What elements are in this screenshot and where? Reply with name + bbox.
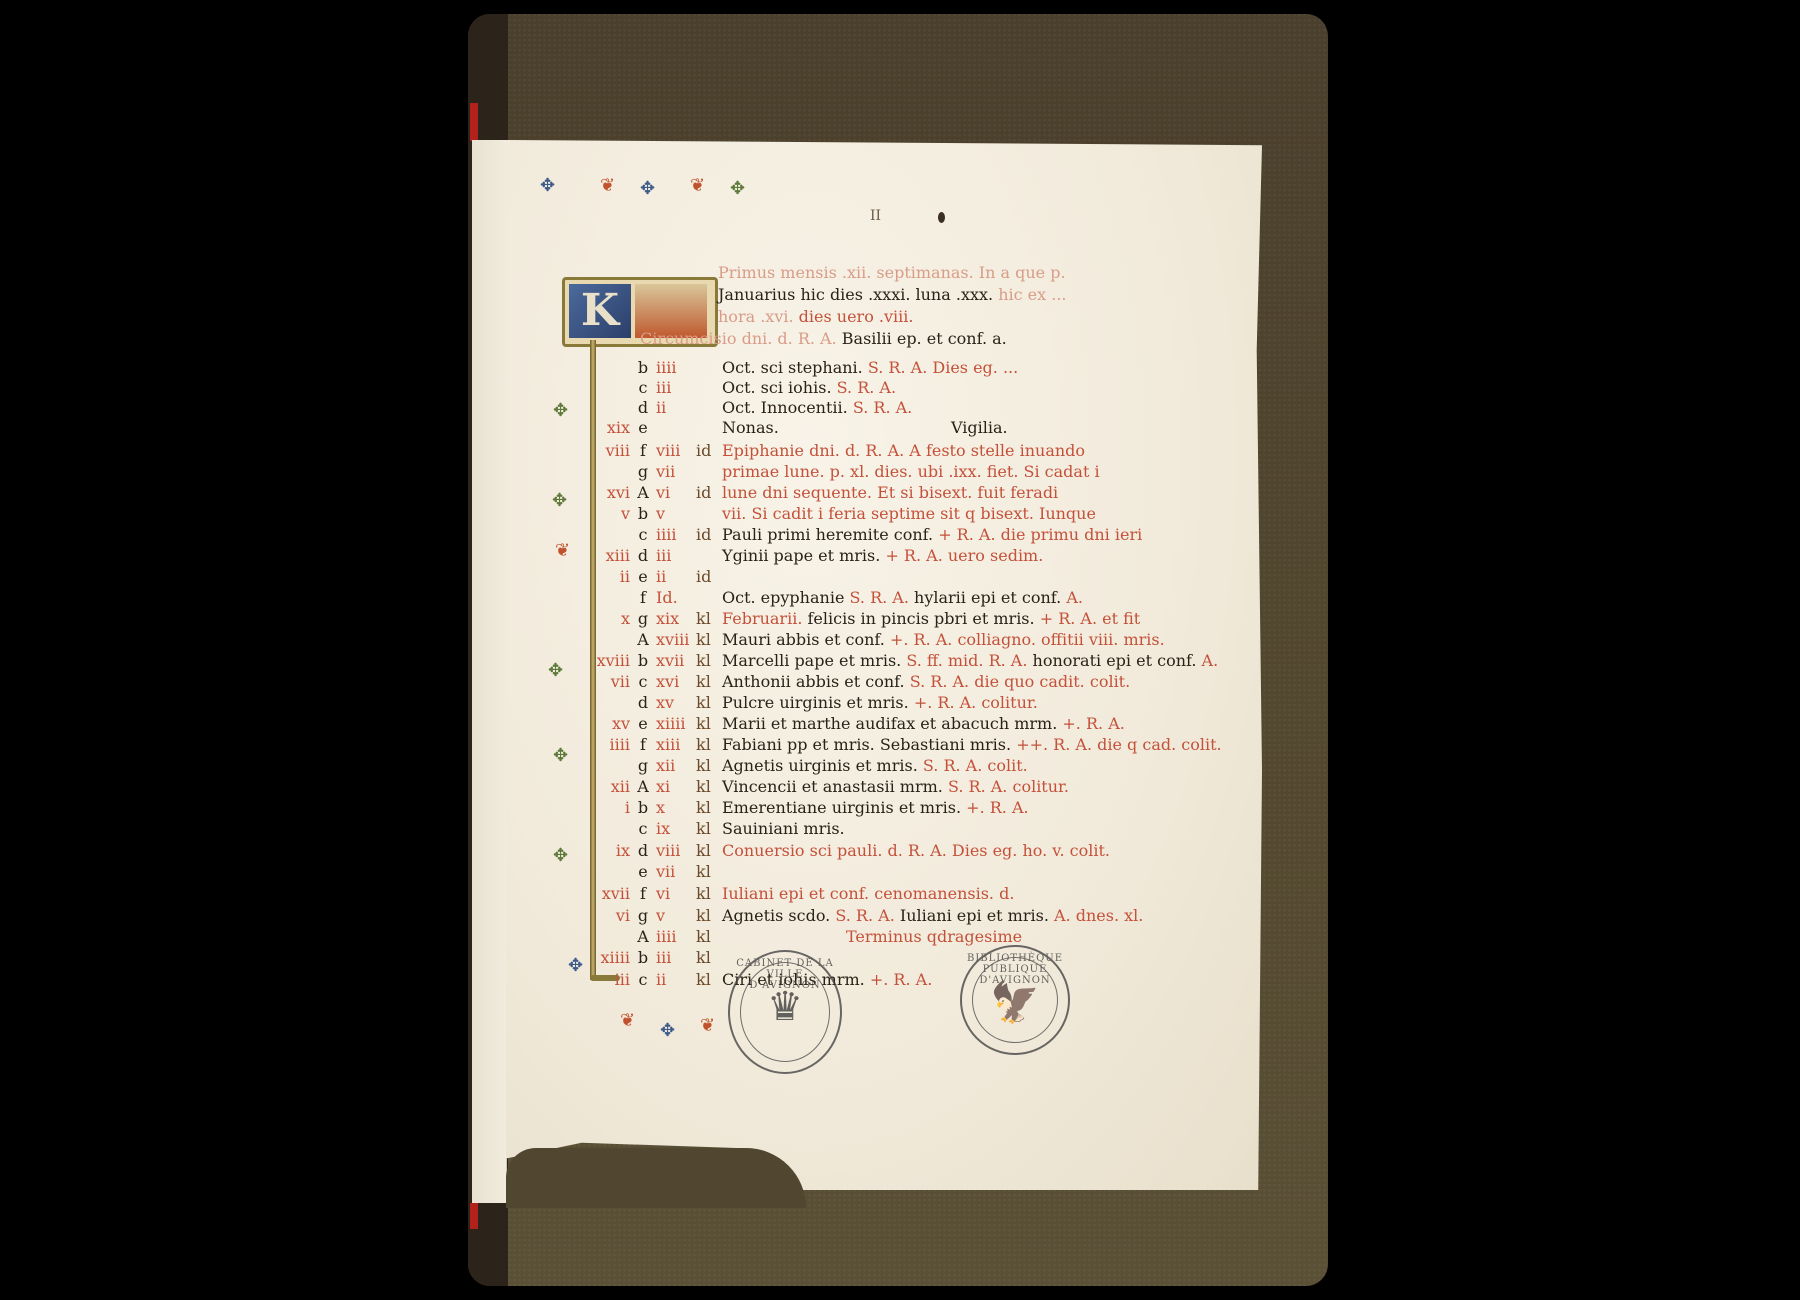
golden-number: xiiii	[596, 947, 630, 969]
day-count: xv	[656, 692, 690, 714]
dominical-letter: g	[636, 608, 650, 630]
dominical-letter: f	[636, 883, 650, 905]
feast-entry: Agnetis uirginis et mris. S. R. A. colit…	[722, 755, 1028, 777]
day-count: vi	[656, 482, 690, 504]
dominical-letter: c	[636, 818, 650, 840]
calendar-row: Aiiiikl Terminus qdragesime	[596, 926, 1236, 948]
kalends-mark: kl	[696, 861, 718, 883]
calendar-row: viicxvikl Anthonii abbis et conf. S. R. …	[596, 671, 1236, 693]
kalends-mark: kl	[696, 608, 718, 630]
kalends-mark: kl	[696, 840, 718, 862]
vine-leaf-icon: ✥	[553, 845, 568, 866]
calendar-row: biiii Oct. sci stephani. S. R. A. Dies e…	[596, 357, 1236, 379]
dominical-letter: c	[636, 969, 650, 991]
feast-entry: Mauri abbis et conf. +. R. A. colliagno.…	[722, 629, 1165, 651]
golden-number: i	[596, 797, 630, 819]
header-line-2: hora .xvi. dies uero .viii.	[718, 306, 913, 328]
feast-entry: Emerentiane uirginis et mris. +. R. A.	[722, 797, 1029, 819]
day-count: ix	[656, 818, 690, 840]
kalends-mark: kl	[696, 755, 718, 777]
calendar-row: vbv vii. Si cadit i feria septime sit q …	[596, 503, 1236, 525]
dominical-letter: e	[636, 566, 650, 588]
dominical-letter: b	[636, 503, 650, 525]
calendar-row: dii Oct. Innocentii. S. R. A.	[596, 397, 1236, 419]
vine-leaf-icon: ✥	[730, 178, 745, 199]
feast-entry: Oct. epyphanie S. R. A. hylarii epi et c…	[722, 587, 1083, 609]
dominical-letter: b	[636, 797, 650, 819]
golden-number: xv	[596, 713, 630, 735]
feast-entry: Anthonii abbis et conf. S. R. A. die quo…	[722, 671, 1130, 693]
feast-entry: Conuersio sci pauli. d. R. A. Dies eg. h…	[722, 840, 1110, 862]
dominical-letter: b	[636, 650, 650, 672]
feast-entry: Marcelli pape et mris. S. ff. mid. R. A.…	[722, 650, 1218, 672]
kalends-mark: kl	[696, 776, 718, 798]
calendar-row: xviifvikl Iuliani epi et conf. cenomanen…	[596, 883, 1236, 905]
day-count: x	[656, 797, 690, 819]
calendar-row: fId. Oct. epyphanie S. R. A. hylarii epi…	[596, 587, 1236, 609]
golden-number: ii	[596, 566, 630, 588]
day-count: xvi	[656, 671, 690, 693]
day-count: viii	[656, 840, 690, 862]
golden-number: iiii	[596, 734, 630, 756]
dominical-letter: c	[636, 377, 650, 399]
golden-number: xvii	[596, 883, 630, 905]
golden-number: viii	[596, 440, 630, 462]
eagle-icon: 🦅	[962, 979, 1068, 1026]
feast-entry: Pulcre uirginis et mris. +. R. A. colitu…	[722, 692, 1038, 714]
day-count: vi	[656, 883, 690, 905]
day-count: xii	[656, 755, 690, 777]
day-count: xi	[656, 776, 690, 798]
kalends-mark: kl	[696, 969, 718, 991]
day-count: Id.	[656, 587, 690, 609]
dominical-letter: g	[636, 461, 650, 483]
dominical-letter: c	[636, 524, 650, 546]
dominical-letter: d	[636, 840, 650, 862]
feast-entry: Februarii. felicis in pincis pbri et mri…	[722, 608, 1140, 630]
red-binding-tab-bottom	[470, 1203, 478, 1229]
vine-leaf-icon: ✥	[640, 178, 655, 199]
dominical-letter: g	[636, 905, 650, 927]
calendar-row: ixdviiikl Conuersio sci pauli. d. R. A. …	[596, 840, 1236, 862]
day-count: ii	[656, 566, 690, 588]
dominical-letter: d	[636, 397, 650, 419]
vine-leaf-icon: ✥	[553, 400, 568, 421]
calendar-row: viiifviiiid Epiphanie dni. d. R. A. A fe…	[596, 440, 1236, 462]
feast-entry: Nonas.	[722, 417, 779, 439]
golden-number: xix	[596, 417, 630, 439]
day-count: ii	[656, 397, 690, 419]
page-damage	[506, 1148, 806, 1208]
day-count: iii	[656, 377, 690, 399]
day-count: xix	[656, 608, 690, 630]
vine-leaf-icon: ✥	[548, 660, 563, 681]
dominical-letter: e	[636, 417, 650, 439]
calendar-row: xvexiiiikl Marii et marthe audifax et ab…	[596, 713, 1236, 735]
day-count: v	[656, 503, 690, 525]
feast-entry: vii. Si cadit i feria septime sit q bise…	[722, 503, 1096, 525]
dominical-letter: d	[636, 692, 650, 714]
day-count: viii	[656, 440, 690, 462]
kalends-mark: kl	[696, 883, 718, 905]
kalends-mark: kl	[696, 650, 718, 672]
kalends-mark: kl	[696, 734, 718, 756]
dominical-letter: A	[636, 776, 650, 798]
calendar-row: xiiidiii Yginii pape et mris. + R. A. ue…	[596, 545, 1236, 567]
feast-entry: Oct. Innocentii. S. R. A.	[722, 397, 912, 419]
library-stamp-cabinet: CABINET DE LA VILLE D'AVIGNON ♛	[728, 950, 842, 1074]
header-line-0: Primus mensis .xii. septimanas. In a que…	[718, 262, 1066, 284]
terminus-label: Terminus qdragesime	[846, 926, 1022, 948]
dominical-letter: A	[636, 482, 650, 504]
day-count: ii	[656, 969, 690, 991]
feast-entry: lune dni sequente. Et si bisext. fuit fe…	[722, 482, 1058, 504]
vigil-label: Vigilia.	[951, 417, 1008, 439]
golden-number: xiii	[596, 545, 630, 567]
book-gutter	[472, 140, 507, 1203]
library-stamp-bibliotheque: BIBLIOTHÈQUE PUBLIQUE D'AVIGNON 🦅	[960, 945, 1070, 1055]
feast-entry: Oct. sci stephani. S. R. A. Dies eg. ...	[722, 357, 1018, 379]
kalends-mark: kl	[696, 947, 718, 969]
kalends-mark: id	[696, 482, 718, 504]
initial-letter-k: K	[569, 284, 631, 338]
feast-entry: Vincencii et anastasii mrm. S. R. A. col…	[722, 776, 1069, 798]
day-count: v	[656, 905, 690, 927]
header-line-3: Circumcisio dni. d. R. A. Basilii ep. et…	[640, 328, 1007, 350]
kalends-mark: kl	[696, 905, 718, 927]
calendar-row: gxiikl Agnetis uirginis et mris. S. R. A…	[596, 755, 1236, 777]
dominical-letter: f	[636, 734, 650, 756]
vine-leaf-icon: ✥	[568, 955, 583, 976]
golden-number: xii	[596, 776, 630, 798]
calendar-row: gvii primae lune. p. xl. dies. ubi .ixx.…	[596, 461, 1236, 483]
calendar-row: iieiiid	[596, 566, 1236, 588]
dominical-letter: c	[636, 671, 650, 693]
folio-number: II	[870, 208, 881, 224]
vine-leaf-icon: ✥	[552, 490, 567, 511]
calendar-row: cixkl Sauiniani mris.	[596, 818, 1236, 840]
calendar-row: xviAviid lune dni sequente. Et si bisext…	[596, 482, 1236, 504]
vine-leaf-icon: ❦	[700, 1015, 715, 1036]
kalends-mark: kl	[696, 926, 718, 948]
kalends-mark: id	[696, 524, 718, 546]
calendar-row: eviikl	[596, 861, 1236, 883]
calendar-row: Axviiikl Mauri abbis et conf. +. R. A. c…	[596, 629, 1236, 651]
calendar-row: xgxixklFebruarii. felicis in pincis pbri…	[596, 608, 1236, 630]
dominical-letter: e	[636, 713, 650, 735]
golden-number: v	[596, 503, 630, 525]
day-count: vii	[656, 461, 690, 483]
vine-leaf-icon: ❦	[620, 1010, 635, 1031]
golden-number: xviii	[596, 650, 630, 672]
calendar-row: xixe Nonas. Vigilia.	[596, 417, 1236, 439]
feast-entry: Epiphanie dni. d. R. A. A festo stelle i…	[722, 440, 1085, 462]
dominical-letter: d	[636, 545, 650, 567]
vine-leaf-icon: ✥	[660, 1020, 675, 1041]
feast-entry: Sauiniani mris.	[722, 818, 845, 840]
calendar-row: ciiiiid Pauli primi heremite conf. + R. …	[596, 524, 1236, 546]
vine-leaf-icon: ✥	[540, 175, 555, 196]
golden-number: vii	[596, 671, 630, 693]
calendar-row: xiiAxikl Vincencii et anastasii mrm. S. …	[596, 776, 1236, 798]
dominical-letter: A	[636, 629, 650, 651]
day-count: iiii	[656, 357, 690, 379]
calendar-row: xviiibxviikl Marcelli pape et mris. S. f…	[596, 650, 1236, 672]
feast-entry: Iuliani epi et conf. cenomanensis. d.	[722, 883, 1014, 905]
calendar-row: dxvkl Pulcre uirginis et mris. +. R. A. …	[596, 692, 1236, 714]
calendar-row: ibxkl Emerentiane uirginis et mris. +. R…	[596, 797, 1236, 819]
ink-spot	[938, 212, 945, 223]
dominical-letter: b	[636, 357, 650, 379]
feast-entry: Fabiani pp et mris. Sebastiani mris. ++.…	[722, 734, 1222, 756]
dominical-letter: e	[636, 861, 650, 883]
feast-entry: Yginii pape et mris. + R. A. uero sedim.	[722, 545, 1043, 567]
day-count: xvii	[656, 650, 690, 672]
vine-leaf-icon: ✥	[553, 745, 568, 766]
dominical-letter: A	[636, 926, 650, 948]
vine-leaf-icon: ❦	[555, 540, 570, 561]
vine-leaf-icon: ❦	[600, 175, 615, 196]
day-count: xiiii	[656, 713, 690, 735]
day-count: xiii	[656, 734, 690, 756]
red-binding-tab-top	[470, 103, 478, 141]
golden-number: ix	[596, 840, 630, 862]
kalends-mark: id	[696, 566, 718, 588]
dominical-letter: f	[636, 440, 650, 462]
kalends-mark: kl	[696, 629, 718, 651]
dominical-letter: g	[636, 755, 650, 777]
calendar-row: iiiciikl Ciri et iohis mrm. +. R. A.	[596, 969, 1236, 991]
day-count: xviii	[656, 629, 690, 651]
vine-leaf-icon: ❦	[690, 175, 705, 196]
golden-number: iii	[596, 969, 630, 991]
day-count: iii	[656, 545, 690, 567]
feast-entry: Pauli primi heremite conf. + R. A. die p…	[722, 524, 1142, 546]
calendar-row: ciii Oct. sci iohis. S. R. A.	[596, 377, 1236, 399]
feast-entry: Oct. sci iohis. S. R. A.	[722, 377, 896, 399]
kalends-mark: id	[696, 440, 718, 462]
crown-icon: ♛	[730, 984, 840, 1030]
golden-number: x	[596, 608, 630, 630]
feast-entry: primae lune. p. xl. dies. ubi .ixx. fiet…	[722, 461, 1100, 483]
day-count: iiii	[656, 524, 690, 546]
golden-number: vi	[596, 905, 630, 927]
kalends-mark: kl	[696, 692, 718, 714]
header-line-1: Januarius hic dies .xxxi. luna .xxx. hic…	[718, 284, 1067, 306]
calendar-row: vigvkl Agnetis scdo. S. R. A. Iuliani ep…	[596, 905, 1236, 927]
kalends-mark: kl	[696, 818, 718, 840]
feast-entry: Marii et marthe audifax et abacuch mrm. …	[722, 713, 1125, 735]
dominical-letter: f	[636, 587, 650, 609]
kalends-mark: kl	[696, 713, 718, 735]
day-count: iiii	[656, 926, 690, 948]
calendar-row: iiiifxiiikl Fabiani pp et mris. Sebastia…	[596, 734, 1236, 756]
day-count: iii	[656, 947, 690, 969]
dominical-letter: b	[636, 947, 650, 969]
day-count: vii	[656, 861, 690, 883]
calendar-row: xiiiibiiikl	[596, 947, 1236, 969]
kalends-mark: kl	[696, 671, 718, 693]
kalends-mark: kl	[696, 797, 718, 819]
golden-number: xvi	[596, 482, 630, 504]
feast-entry: Agnetis scdo. S. R. A. Iuliani epi et mr…	[722, 905, 1143, 927]
